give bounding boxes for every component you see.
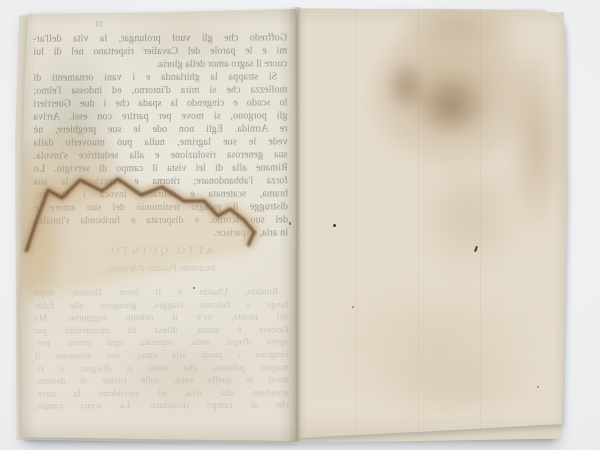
- dark-stain-spot: [384, 58, 428, 114]
- ink-fleck: [537, 386, 539, 388]
- center-fold-gutter: [288, 7, 305, 442]
- top-edge-stain: [394, 0, 528, 54]
- right-page-wrap: [296, 6, 568, 440]
- right-page: [296, 6, 568, 440]
- left-page-wrap: 11 Goffredo che gli vuol prolungar, la v…: [20, 8, 298, 444]
- left-page: 11 Goffredo che gli vuol prolungar, la v…: [20, 8, 298, 444]
- photo-background: 11 Goffredo che gli vuol prolungar, la v…: [0, 0, 600, 450]
- tide-line-stain: [20, 8, 298, 444]
- mid-stain-tongue: [414, 154, 526, 280]
- bottom-diffuse-stain: [374, 354, 538, 418]
- ink-fleck: [352, 306, 354, 308]
- ink-fleck: [193, 287, 195, 289]
- ink-fleck: [333, 224, 336, 227]
